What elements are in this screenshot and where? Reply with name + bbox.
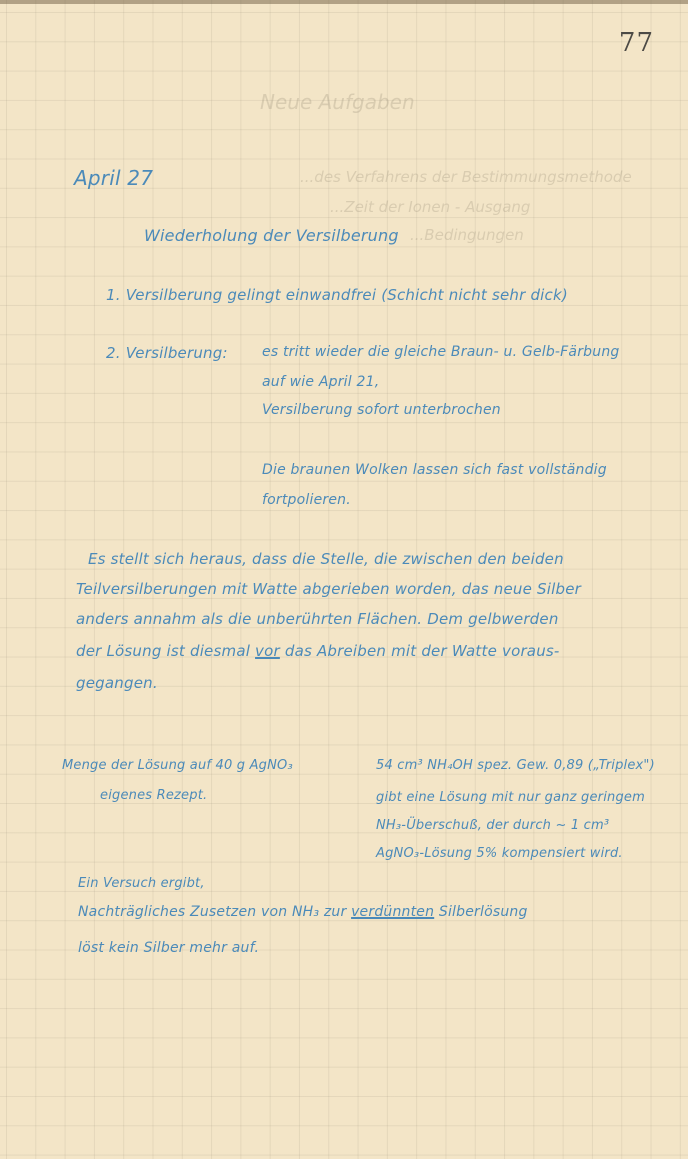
paragraph-line: gegangen. — [76, 674, 158, 692]
show-through-text: ...Bedingungen — [410, 226, 524, 244]
item-2-line: es tritt wieder die gleiche Braun- u. Ge… — [262, 344, 620, 360]
item-2-line: Versilberung sofort unterbrochen — [262, 402, 501, 418]
item-text: Versilberung gelingt einwandfrei (Schich… — [126, 286, 568, 304]
show-through-text: Neue Aufgaben — [260, 90, 415, 114]
recipe-right-line: gibt eine Lösung mit nur ganz geringem — [376, 790, 645, 805]
recipe-right-line: 54 cm³ NH₄OH spez. Gew. 0,89 („Triplex") — [376, 758, 655, 773]
underlined-word: vor — [255, 642, 280, 660]
item-2-line: auf wie April 21, — [262, 374, 379, 390]
show-through-text: ...Zeit der Ionen - Ausgang — [330, 198, 530, 216]
paragraph-line: der Lösung ist diesmal vor das Abreiben … — [76, 642, 560, 660]
item-label: Versilberung: — [126, 344, 228, 362]
page-top-edge — [0, 0, 688, 4]
entry-title: Wiederholung der Versilberung — [144, 226, 399, 245]
paragraph-line: Es stellt sich heraus, dass die Stelle, … — [88, 550, 564, 568]
notebook-page: 77 Neue Aufgaben ...des Verfahrens der B… — [0, 0, 688, 1159]
item-number: 2. — [106, 344, 121, 362]
conclusion-line: löst kein Silber mehr auf. — [78, 940, 259, 956]
recipe-left-line: Menge der Lösung auf 40 g AgNO₃ — [62, 758, 293, 773]
item-number: 1. — [106, 286, 121, 304]
paragraph-line: anders annahm als die unberührten Fläche… — [76, 610, 559, 628]
item-1: 1. Versilberung gelingt einwandfrei (Sch… — [106, 286, 568, 304]
recipe-left-line: eigenes Rezept. — [100, 788, 207, 803]
conclusion-line: Nachträgliches Zusetzen von NH₃ zur verd… — [78, 904, 528, 920]
show-through-text: ...des Verfahrens der Bestimmungsmethode — [300, 168, 632, 186]
paragraph-line: Teilversilberungen mit Watte abgerieben … — [76, 580, 581, 598]
underlined-word: verdünnten — [351, 904, 434, 920]
recipe-right-line: AgNO₃-Lösung 5% kompensiert wird. — [376, 846, 623, 861]
conclusion-line: Ein Versuch ergibt, — [78, 876, 205, 891]
item-2: 2. Versilberung: — [106, 344, 228, 362]
page-number: 77 — [619, 28, 654, 58]
entry-date: April 27 — [74, 166, 153, 190]
recipe-right-line: NH₃-Überschuß, der durch ~ 1 cm³ — [376, 818, 609, 833]
item-2-note: Die braunen Wolken lassen sich fast voll… — [262, 462, 607, 478]
item-2-note: fortpolieren. — [262, 492, 351, 508]
